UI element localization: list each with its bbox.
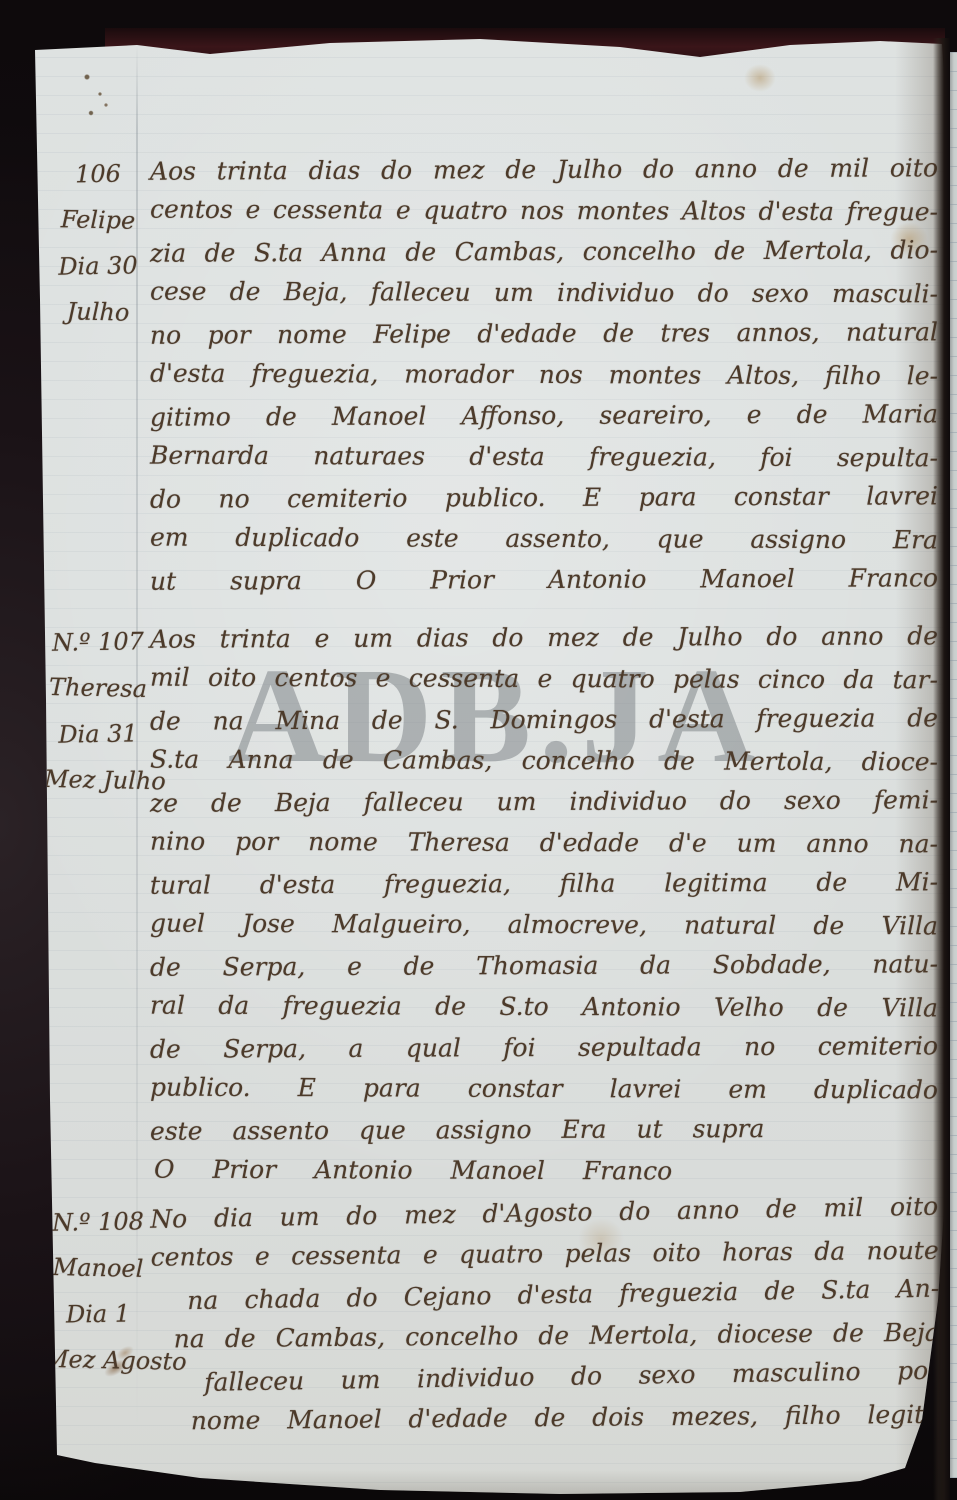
entry-body: No dia um do mez d'Agosto do anno de mil… (150, 1187, 941, 1443)
entry-margin-note: Manoel (44, 1244, 153, 1292)
entry-margin-note: Felipe (44, 196, 153, 244)
entry-margin-note: Theresa (44, 664, 153, 712)
entry-margin-column: N.º 108ManoelDia 1Mez Agosto (44, 1199, 152, 1383)
entry-margin-note: Julho (44, 288, 153, 336)
entry-margin-column: 106FelipeDia 30Julho (44, 151, 152, 335)
entry-margin-note: Mez Agosto (44, 1336, 153, 1384)
entry-margin-note: Dia 31 (44, 710, 153, 758)
manuscript-line: de Serpa, a qual foi sepultada no cemite… (150, 1025, 938, 1069)
entry-body: Aos trinta dias do mez de Julho do anno … (150, 149, 938, 600)
manuscript-line: gitimo de Manoel Affonso, seareiro, e de… (150, 393, 938, 437)
manuscript-line: Aos trinta dias do mez de Julho do anno … (150, 147, 938, 191)
entry-margin-note: 106 (44, 150, 153, 198)
manuscript-line: de Serpa, e de Thomasia da Sobdade, natu… (150, 943, 938, 987)
manuscript-line: d'esta freguezia, morador nos montes Alt… (150, 353, 938, 397)
manuscript-line: do no cemiterio publico. E para constar … (150, 475, 938, 519)
manuscript-line: de na Mina de S. Domingos d'esta freguez… (150, 697, 938, 741)
manuscript-line: cese de Beja, falleceu um individuo do s… (150, 271, 938, 315)
manuscript-line: guel Jose Malgueiro, almocreve, natural … (150, 903, 938, 947)
register-entries: 106FelipeDia 30JulhoAos trinta dias do m… (0, 0, 957, 1500)
entry-margin-column: N.º 107TheresaDia 31Mez Julho (44, 619, 152, 803)
manuscript-line: publico. E para constar lavrei em duplic… (150, 1067, 938, 1111)
manuscript-line: nome Manoel d'edade de dois mezes, filho… (153, 1394, 941, 1442)
manuscript-line: S.ta Anna de Cambas, concelho de Mertola… (150, 739, 938, 783)
manuscript-page: ADB.JA 106FelipeDia 30JulhoAos trinta di… (0, 0, 957, 1500)
manuscript-line: mil oito centos e cessenta e quatro pela… (150, 657, 938, 701)
manuscript-line: zia de S.ta Anna de Cambas, concelho de … (150, 229, 938, 273)
manuscript-line: centos e cessenta e quatro nos montes Al… (150, 189, 938, 233)
entry-margin-note: Dia 30 (44, 242, 153, 290)
manuscript-line: nino por nome Theresa d'edade d'e um ann… (150, 821, 938, 865)
manuscript-line: ut supra O Prior Antonio Manoel Franco (150, 557, 938, 601)
scan-background: ADB.JA 106FelipeDia 30JulhoAos trinta di… (0, 0, 957, 1500)
entry-margin-note: N.º 108 (44, 1198, 153, 1246)
entry-margin-note: Mez Julho (44, 756, 153, 804)
manuscript-line: O Prior Antonio Manoel Franco (150, 1149, 938, 1193)
manuscript-line: Bernarda naturaes d'esta freguezia, foi … (150, 435, 938, 479)
manuscript-line: ral da freguezia de S.to Antonio Velho d… (150, 985, 938, 1029)
adjacent-page-edge (950, 52, 957, 1478)
manuscript-line: no por nome Felipe d'edade de tres annos… (150, 311, 938, 355)
manuscript-line: tural d'esta freguezia, filha legitima d… (150, 861, 938, 905)
entry-margin-note: Dia 1 (44, 1290, 153, 1338)
entry-margin-note: N.º 107 (44, 618, 153, 666)
manuscript-line: em duplicado este assento, que assigno E… (150, 517, 938, 561)
book-gutter-shadow (933, 38, 950, 1500)
manuscript-line: ze de Beja falleceu um individuo do sexo… (150, 779, 938, 823)
manuscript-line: Aos trinta e um dias do mez de Julho do … (150, 615, 938, 659)
manuscript-line: este assento que assigno Era ut supra (150, 1107, 938, 1151)
entry-body: Aos trinta e um dias do mez de Julho do … (150, 617, 938, 1191)
